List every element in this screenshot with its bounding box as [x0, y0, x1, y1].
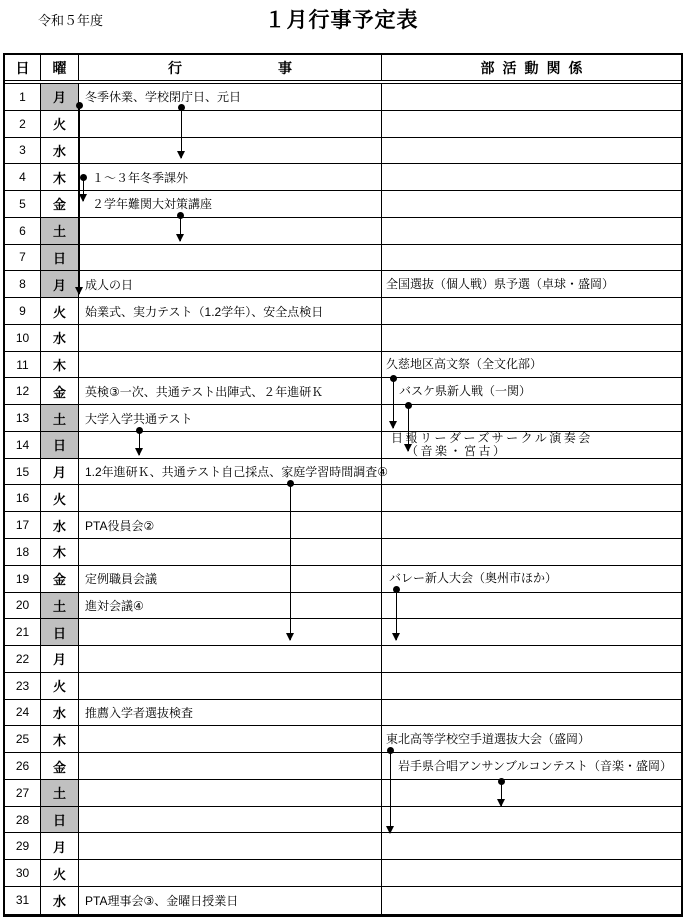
day-cell: 16 — [5, 485, 41, 511]
header-events: 行 事 — [79, 55, 382, 80]
day-cell: 7 — [5, 245, 41, 271]
table-row-day-6: 6土 — [5, 218, 681, 245]
event-cell: 英検③一次、共通テスト出陣式、２年進研Ｋ — [79, 378, 382, 404]
kuji-bunkasai-span — [393, 378, 394, 428]
event-cell — [79, 432, 382, 458]
weekday-cell: 日 — [41, 619, 79, 645]
club-cell — [382, 84, 681, 110]
club-cell — [382, 619, 681, 645]
page-title: １月行事予定表 — [0, 4, 683, 34]
weekday-cell: 木 — [41, 539, 79, 565]
chorus-ensemble-span — [501, 781, 502, 806]
club-cell — [382, 807, 681, 833]
club-cell — [382, 298, 681, 324]
event-cell — [79, 807, 382, 833]
day-cell: 3 — [5, 138, 41, 164]
weekday-cell: 金 — [41, 378, 79, 404]
table-row-day-21: 21日 — [5, 619, 681, 646]
weekday-cell: 日 — [41, 432, 79, 458]
header-events-char-right: 事 — [278, 58, 292, 78]
event-cell — [79, 485, 382, 511]
schedule-table: 日 曜 行 事 部活動関係 1月冬季休業、学校閉庁日、元日2火3水4木１～３年冬… — [3, 53, 683, 917]
weekday-cell: 火 — [41, 485, 79, 511]
day-cell: 1 — [5, 84, 41, 110]
header-events-char-left: 行 — [168, 58, 182, 78]
club-text: バレー新人大会（奥州市ほか） — [389, 572, 557, 585]
club-cell — [382, 325, 681, 351]
table-row-day-11: 11木久慈地区高文祭（全文化部） — [5, 352, 681, 379]
event-cell — [79, 619, 382, 645]
event-cell — [79, 245, 382, 271]
weekday-cell: 火 — [41, 673, 79, 699]
weekday-cell: 日 — [41, 245, 79, 271]
event-cell: PTA理事会③、金曜日授業日 — [79, 887, 382, 914]
club-cell — [382, 700, 681, 726]
header-day: 日 — [5, 55, 41, 80]
day-cell: 24 — [5, 700, 41, 726]
kyotsu-test-span — [139, 430, 140, 455]
event-cell: １～３年冬季課外 — [79, 164, 382, 190]
club-text: 久慈地区高文祭（全文化部） — [386, 358, 542, 371]
karate-senbatsu-span — [390, 750, 391, 833]
home-study-survey-span — [290, 483, 291, 640]
club-text: 東北高等学校空手道選抜大会（盛岡） — [386, 733, 590, 746]
day-cell: 18 — [5, 539, 41, 565]
header-weekday: 曜 — [41, 55, 79, 80]
event-text: 定例職員会議 — [85, 570, 157, 587]
table-row-day-10: 10水 — [5, 325, 681, 352]
club-cell: 日報リーダーズサークル演奏会（音楽・宮古） — [382, 432, 681, 458]
club-cell — [382, 780, 681, 806]
event-cell — [79, 539, 382, 565]
table-row-day-19: 19金定例職員会議バレー新人大会（奥州市ほか） — [5, 566, 681, 593]
table-row-day-5: 5金２学年難関大対策講座 — [5, 191, 681, 218]
day-cell: 13 — [5, 405, 41, 431]
club-cell — [382, 191, 681, 217]
club-cell — [382, 485, 681, 511]
event-cell: 始業式、実力テスト（1.2学年）、安全点検日 — [79, 298, 382, 324]
weekday-cell: 金 — [41, 566, 79, 592]
event-cell — [79, 726, 382, 752]
table-row-day-28: 28日 — [5, 807, 681, 834]
table-row-day-16: 16火 — [5, 485, 681, 512]
table-row-day-15: 15月1.2年進研Ｋ、共通テスト自己採点、家庭学習時間調査④ — [5, 459, 681, 486]
table-row-day-24: 24水推薦入学者選抜検査 — [5, 700, 681, 727]
event-text: 進対会議④ — [85, 597, 144, 614]
event-text: 1.2年進研Ｋ、共通テスト自己採点、家庭学習時間調査④ — [85, 463, 388, 480]
event-text: 推薦入学者選抜検査 — [85, 704, 193, 721]
event-cell: PTA役員会② — [79, 512, 382, 538]
weekday-cell: 月 — [41, 646, 79, 672]
day-cell: 5 — [5, 191, 41, 217]
table-row-day-27: 27土 — [5, 780, 681, 807]
club-text: 岩手県合唱アンサンブルコンテスト（音楽・盛岡） — [398, 760, 672, 773]
weekday-cell: 火 — [41, 298, 79, 324]
weekday-cell: 月 — [41, 459, 79, 485]
day-cell: 27 — [5, 780, 41, 806]
event-cell — [79, 138, 382, 164]
event-text: PTA理事会③、金曜日授業日 — [85, 892, 238, 909]
event-cell — [79, 860, 382, 886]
club-cell — [382, 887, 681, 914]
day-cell: 26 — [5, 753, 41, 779]
weekday-cell: 月 — [41, 271, 79, 297]
day-cell: 2 — [5, 111, 41, 137]
club-cell: バレー新人大会（奥州市ほか） — [382, 566, 681, 592]
club-cell — [382, 539, 681, 565]
day-cell: 11 — [5, 352, 41, 378]
event-cell: 定例職員会議 — [79, 566, 382, 592]
event-cell — [79, 673, 382, 699]
event-cell — [79, 111, 382, 137]
weekday-cell: 土 — [41, 593, 79, 619]
table-row-day-20: 20土進対会議④ — [5, 593, 681, 620]
schedule-page: 令和５年度 １月行事予定表 日 曜 行 事 部活動関係 1月冬季休業、学校閉庁日… — [0, 0, 683, 918]
day-cell: 30 — [5, 860, 41, 886]
header-club: 部活動関係 — [382, 55, 681, 80]
winter-extra-lessons-span — [83, 177, 84, 201]
weekday-cell: 水 — [41, 325, 79, 351]
header-club-label: 部活動関係 — [473, 58, 591, 78]
weekday-cell: 水 — [41, 887, 79, 914]
event-text: 英検③一次、共通テスト出陣式、２年進研Ｋ — [85, 383, 323, 400]
club-cell: 岩手県合唱アンサンブルコンテスト（音楽・盛岡） — [382, 753, 681, 779]
club-cell — [382, 459, 681, 485]
day-cell: 9 — [5, 298, 41, 324]
day-cell: 10 — [5, 325, 41, 351]
event-cell — [79, 780, 382, 806]
weekday-cell: 水 — [41, 700, 79, 726]
event-cell: 成人の日 — [79, 271, 382, 297]
table-row-day-12: 12金英検③一次、共通テスト出陣式、２年進研Ｋバスケ県新人戦（一関） — [5, 378, 681, 405]
basketball-shinjin-span — [408, 405, 409, 452]
club-text: 全国選抜（個人戦）県予選（卓球・盛岡） — [386, 278, 614, 291]
day-cell: 21 — [5, 619, 41, 645]
weekday-cell: 土 — [41, 780, 79, 806]
event-cell: 進対会議④ — [79, 593, 382, 619]
event-cell: 1.2年進研Ｋ、共通テスト自己採点、家庭学習時間調査④ — [79, 459, 382, 485]
event-cell — [79, 218, 382, 244]
table-row-day-2: 2火 — [5, 111, 681, 138]
table-row-day-31: 31水PTA理事会③、金曜日授業日 — [5, 887, 681, 914]
table-row-day-26: 26金岩手県合唱アンサンブルコンテスト（音楽・盛岡） — [5, 753, 681, 780]
table-row-day-18: 18木 — [5, 539, 681, 566]
club-cell — [382, 245, 681, 271]
club-cell — [382, 138, 681, 164]
weekday-cell: 木 — [41, 352, 79, 378]
event-cell: 冬季休業、学校閉庁日、元日 — [79, 84, 382, 110]
table-body: 1月冬季休業、学校閉庁日、元日2火3水4木１～３年冬季課外5金２学年難関大対策講… — [5, 84, 681, 914]
weekday-cell: 火 — [41, 860, 79, 886]
school-office-closed-span — [181, 107, 182, 158]
weekday-cell: 水 — [41, 512, 79, 538]
table-header-row: 日 曜 行 事 部活動関係 — [5, 55, 681, 84]
volleyball-shinjin-span — [396, 589, 397, 640]
event-text: １～３年冬季課外 — [92, 169, 188, 186]
day-cell: 23 — [5, 673, 41, 699]
weekday-cell: 木 — [41, 726, 79, 752]
table-row-day-25: 25木東北高等学校空手道選抜大会（盛岡） — [5, 726, 681, 753]
weekday-cell: 月 — [41, 84, 79, 110]
day-cell: 20 — [5, 593, 41, 619]
weekday-cell: 火 — [41, 111, 79, 137]
day-cell: 22 — [5, 646, 41, 672]
table-row-day-8: 8月成人の日全国選抜（個人戦）県予選（卓球・盛岡） — [5, 271, 681, 298]
event-cell — [79, 352, 382, 378]
club-cell — [382, 111, 681, 137]
day-cell: 4 — [5, 164, 41, 190]
table-row-day-17: 17水PTA役員会② — [5, 512, 681, 539]
day-cell: 31 — [5, 887, 41, 914]
event-text: 成人の日 — [85, 276, 133, 293]
table-row-day-14: 14日日報リーダーズサークル演奏会（音楽・宮古） — [5, 432, 681, 459]
table-row-day-7: 7日 — [5, 245, 681, 272]
club-cell: 東北高等学校空手道選抜大会（盛岡） — [382, 726, 681, 752]
event-cell — [79, 646, 382, 672]
day-cell: 15 — [5, 459, 41, 485]
club-cell — [382, 646, 681, 672]
club-cell — [382, 405, 681, 431]
club-cell: バスケ県新人戦（一関） — [382, 378, 681, 404]
event-cell — [79, 325, 382, 351]
weekday-cell: 月 — [41, 833, 79, 859]
weekday-cell: 木 — [41, 164, 79, 190]
event-cell: 大学入学共通テスト — [79, 405, 382, 431]
club-cell — [382, 673, 681, 699]
club-cell — [382, 860, 681, 886]
club-cell: 全国選抜（個人戦）県予選（卓球・盛岡） — [382, 271, 681, 297]
event-cell: 推薦入学者選抜検査 — [79, 700, 382, 726]
day-cell: 6 — [5, 218, 41, 244]
day-cell: 17 — [5, 512, 41, 538]
day-cell: 8 — [5, 271, 41, 297]
club-cell — [382, 218, 681, 244]
weekday-cell: 金 — [41, 753, 79, 779]
day-cell: 28 — [5, 807, 41, 833]
club-cell: 久慈地区高文祭（全文化部） — [382, 352, 681, 378]
univ-prep-lecture-span — [180, 215, 181, 241]
club-cell — [382, 833, 681, 859]
day-cell: 25 — [5, 726, 41, 752]
weekday-cell: 金 — [41, 191, 79, 217]
day-cell: 29 — [5, 833, 41, 859]
table-row-day-9: 9火始業式、実力テスト（1.2学年）、安全点検日 — [5, 298, 681, 325]
event-text: 冬季休業、学校閉庁日、元日 — [85, 88, 241, 105]
event-text: PTA役員会② — [85, 517, 154, 534]
event-cell — [79, 833, 382, 859]
day-cell: 14 — [5, 432, 41, 458]
club-text: 日報リーダーズサークル演奏会 — [391, 432, 593, 445]
weekday-cell: 水 — [41, 138, 79, 164]
day-cell: 12 — [5, 378, 41, 404]
day-cell: 19 — [5, 566, 41, 592]
weekday-cell: 土 — [41, 218, 79, 244]
event-cell: ２学年難関大対策講座 — [79, 191, 382, 217]
table-row-day-23: 23火 — [5, 673, 681, 700]
club-cell — [382, 593, 681, 619]
event-cell — [79, 753, 382, 779]
weekday-cell: 日 — [41, 807, 79, 833]
table-row-day-29: 29月 — [5, 833, 681, 860]
table-row-day-22: 22月 — [5, 646, 681, 673]
club-cell — [382, 164, 681, 190]
event-text: ２学年難関大対策講座 — [92, 195, 212, 212]
club-cell — [382, 512, 681, 538]
table-row-day-13: 13土大学入学共通テスト — [5, 405, 681, 432]
table-row-day-30: 30火 — [5, 860, 681, 887]
club-text: バスケ県新人戦（一関） — [399, 385, 531, 398]
event-text: 始業式、実力テスト（1.2学年）、安全点検日 — [85, 303, 323, 320]
weekday-cell: 土 — [41, 405, 79, 431]
table-row-day-4: 4木１～３年冬季課外 — [5, 164, 681, 191]
table-row-day-1: 1月冬季休業、学校閉庁日、元日 — [5, 84, 681, 111]
event-text: 大学入学共通テスト — [85, 410, 193, 427]
table-row-day-3: 3水 — [5, 138, 681, 165]
